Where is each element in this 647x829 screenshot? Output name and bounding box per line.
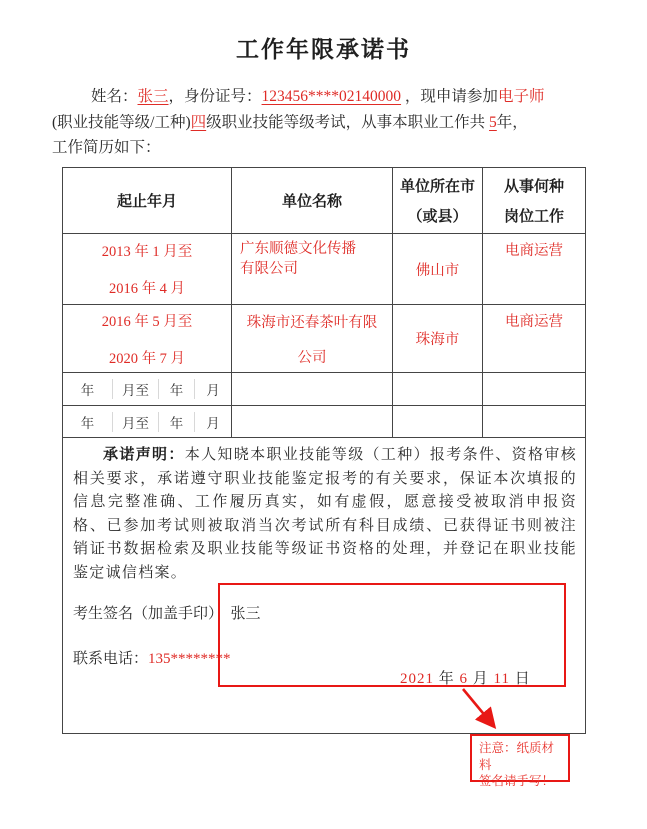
city-cell: 佛山市 [393,234,483,305]
company-cell-empty [232,373,393,406]
year-label: 年 [159,379,195,399]
city-cell: 珠海市 [393,305,483,373]
id-number-value: 123456****02140000 [262,88,402,105]
handwrite-note: 注意：纸质材料 签名请手写！ [470,734,570,782]
month-to-label: 月至 [113,412,159,432]
city-cell-empty [393,406,483,438]
header-position: 从事何种 岗位工作 [483,168,586,234]
statement-label: 承诺声明： [103,447,185,463]
position-cell-empty [483,373,586,406]
position-cell: 电商运营 [483,305,586,373]
id-label: ，身份证号： [169,88,262,105]
period-cell: 2013 年 1 月至 2016 年 4 月 [63,234,232,305]
header-city-line2: （或县） [407,205,467,226]
company-cell: 珠海市还春茶叶有限 公司 [232,305,393,373]
header-position-line1: 从事何种 [504,175,564,196]
year-label: 年 [159,412,195,432]
header-city: 单位所在市 （或县） [393,168,483,234]
name-label: 姓名： [91,88,138,105]
exam-text: 级职业技能等级考试，从事本职业工作共 [206,114,489,131]
table-header-row: 起止年月 单位名称 单位所在市 （或县） 从事何种 岗位工作 [63,168,586,234]
company-cell: 广东顺德文化传播有限公司 [232,234,393,305]
company-name: 广东顺德文化传播有限公司 [232,234,392,279]
commitment-statement: 承诺声明：本人知晓本职业技能等级（工种）报考条件、资格审核相关要求，承诺遵守职业… [73,444,577,585]
position-cell-empty [483,406,586,438]
name-value: 张三 [138,88,169,105]
statement-body: 本人知晓本职业技能等级（工种）报考条件、资格审核相关要求，承诺遵守职业技能鉴定报… [73,447,577,581]
note-line-2: 签名请手写！ [479,773,566,790]
period-end: 2016 年 4 月 [109,277,185,298]
header-position-line2: 岗位工作 [504,205,564,226]
years-value: 5 [489,114,497,131]
period-end: 2020 年 7 月 [109,347,185,368]
position-value: 电商运营 [483,234,585,260]
year-label: 年 [63,412,113,432]
arrow-icon [450,681,512,737]
year-label: 年 [63,379,113,399]
intro-line-1: 姓名：张三，身份证号：123456****02140000 ，现申请参加电子师 [52,84,600,110]
intro-paragraph: 姓名：张三，身份证号：123456****02140000 ，现申请参加电子师 … [52,84,600,161]
note-line-1: 注意：纸质材料 [479,740,566,773]
period-start: 2013 年 1 月至 [102,240,193,261]
years-suffix: 年， [497,114,528,131]
empty-row-2: 年 月至 年 月 [63,406,586,438]
header-period: 起止年月 [63,168,232,234]
intro-line-2: (职业技能等级/工种)四级职业技能等级考试，从事本职业工作共 5年， [52,110,600,136]
position-cell: 电商运营 [483,234,586,305]
period-cell-empty: 年 月至 年 月 [63,373,232,406]
month-to-label: 月至 [113,379,159,399]
intro-line-3: 工作简历如下： [52,135,600,161]
annotation-rectangle [218,583,566,687]
after-id-text: ，现申请参加 [401,88,498,105]
company-name-line2: 公司 [298,346,327,367]
occupation-type-label: (职业技能等级/工种) [52,114,191,131]
month-label: 月 [195,412,231,432]
document-page: 工作年限承诺书 姓名：张三，身份证号：123456****02140000 ，现… [0,0,647,829]
empty-row-1: 年 月至 年 月 [63,373,586,406]
period-cell-empty: 年 月至 年 月 [63,406,232,438]
phone-line: 联系电话：135******** [73,647,231,668]
header-company: 单位名称 [232,168,393,234]
phone-label: 联系电话： [73,651,148,667]
month-label: 月 [195,379,231,399]
signature-label: 考生签名（加盖手印）： [73,606,231,622]
occupation-value: 电子师 [498,88,545,105]
period-cell: 2016 年 5 月至 2020 年 7 月 [63,305,232,373]
city-cell-empty [393,373,483,406]
work-row-2: 2016 年 5 月至 2020 年 7 月 珠海市还春茶叶有限 公司 珠海市 … [63,305,586,373]
company-name-line1: 珠海市还春茶叶有限 [247,311,378,332]
work-row-1: 2013 年 1 月至 2016 年 4 月 广东顺德文化传播有限公司 佛山市 … [63,234,586,305]
page-title: 工作年限承诺书 [0,31,647,64]
header-city-line1: 单位所在市 [400,175,475,196]
period-start: 2016 年 5 月至 [102,310,193,331]
position-value: 电商运营 [483,305,585,331]
level-value: 四 [191,114,207,131]
company-cell-empty [232,406,393,438]
